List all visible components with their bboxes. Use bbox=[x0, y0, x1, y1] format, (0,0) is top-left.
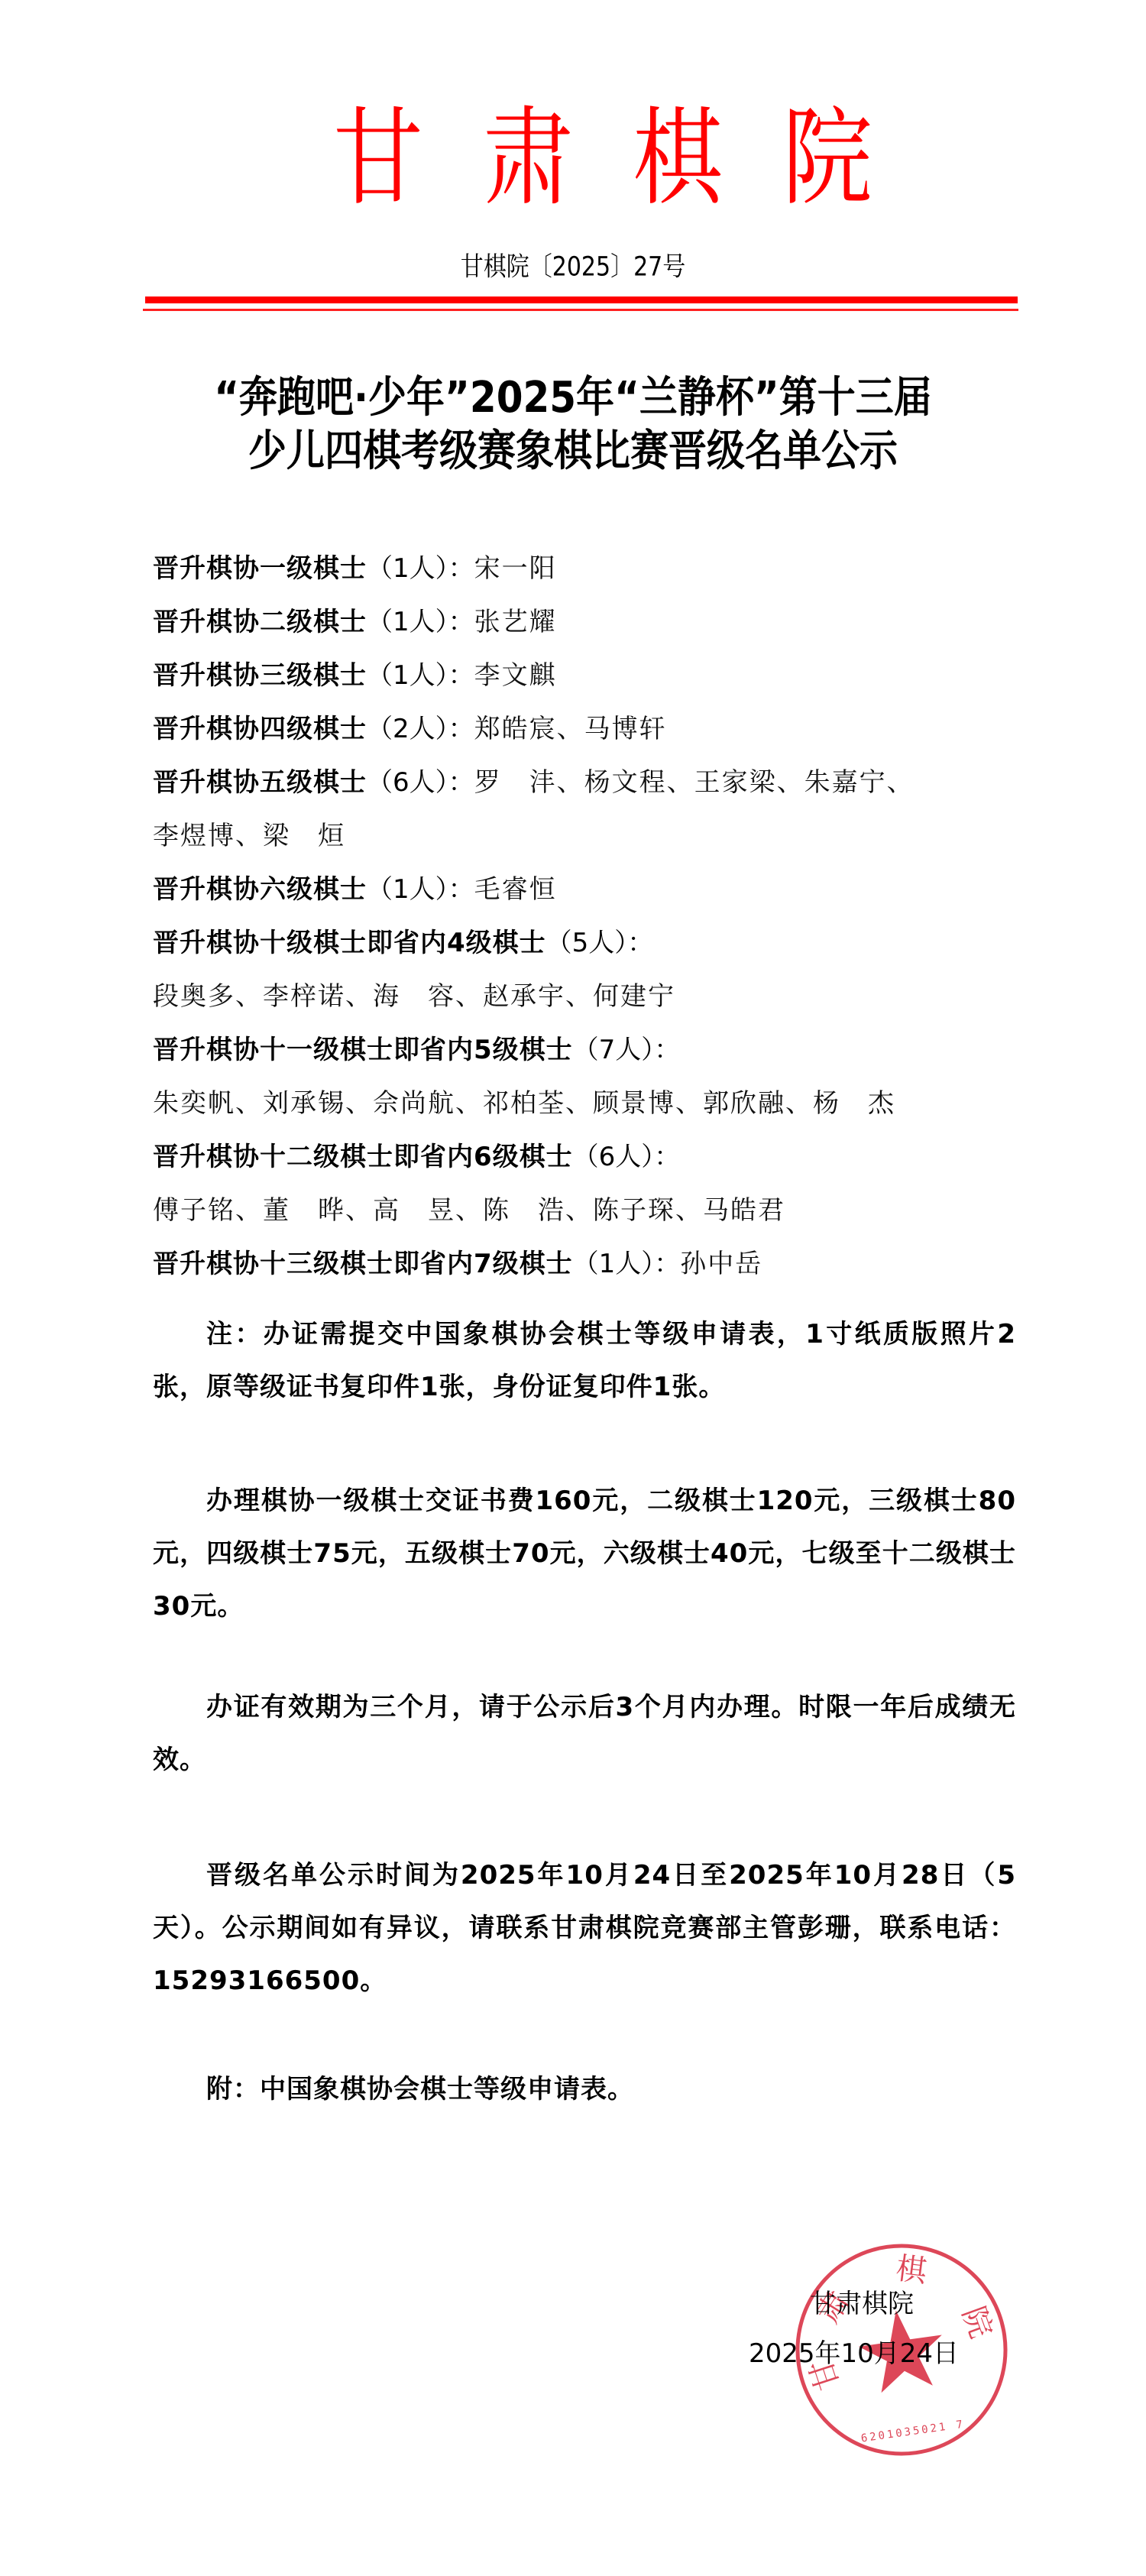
promotion-count: （1人）： bbox=[573, 1249, 681, 1279]
promotion-names: 李煜博、梁 烜 bbox=[153, 821, 345, 851]
signature-date: 2025年10月24日 bbox=[749, 2337, 959, 2370]
promotion-label: 晋升棋协五级棋士 bbox=[153, 767, 367, 798]
promotion-count: （5人）： bbox=[546, 928, 654, 958]
promotion-item: 晋升棋协一级棋士（1人）：宋一阳 bbox=[153, 552, 1024, 585]
note-fees: 办理棋协一级棋士交证书费160元，二级棋士120元，三级棋士80元，四级棋士75… bbox=[153, 1475, 1016, 1633]
promotion-names: 宋一阳 bbox=[474, 553, 557, 584]
promotion-label: 晋升棋协四级棋士 bbox=[153, 714, 367, 744]
title-line-1: “奔跑吧·少年”2025年“兰静杯”第十三届 bbox=[0, 371, 1146, 423]
promotion-count: （1人）： bbox=[367, 553, 474, 584]
promotion-names: 段奥多、李梓诺、海 容、赵承宇、何建宁 bbox=[153, 981, 675, 1012]
promotion-names: 李文麒 bbox=[474, 660, 557, 691]
promotion-item: 晋升棋协六级棋士（1人）：毛睿恒 bbox=[153, 873, 1024, 906]
promotion-names-continued: 傅子铭、董 晔、高 昱、陈 浩、陈子琛、马皓君 bbox=[153, 1194, 1024, 1227]
red-rule-thick bbox=[145, 296, 1018, 303]
promotion-names-continued: 朱奕帆、刘承锡、佘尚航、祁柏荃、顾景博、郭欣融、杨 杰 bbox=[153, 1087, 1024, 1120]
promotion-item: 晋升棋协二级棋士（1人）：张艺耀 bbox=[153, 605, 1024, 639]
promotion-label: 晋升棋协一级棋士 bbox=[153, 553, 367, 584]
title-line-2: 少儿四棋考级赛象棋比赛晋级名单公示 bbox=[0, 425, 1146, 476]
promotion-names: 朱奕帆、刘承锡、佘尚航、祁柏荃、顾景博、郭欣融、杨 杰 bbox=[153, 1088, 895, 1119]
masthead: 甘肃棋院 bbox=[0, 90, 1146, 225]
promotion-item: 晋升棋协三级棋士（1人）：李文麒 bbox=[153, 659, 1024, 692]
promotion-label: 晋升棋协六级棋士 bbox=[153, 874, 367, 905]
promotion-names: 郑皓宸、马博轩 bbox=[474, 714, 667, 744]
promotion-count: （2人）： bbox=[367, 714, 474, 744]
promotion-names: 孙中岳 bbox=[680, 1249, 762, 1279]
promotion-count: （6人）： bbox=[367, 767, 474, 798]
promotion-count: （6人）： bbox=[573, 1142, 681, 1172]
promotion-count: （1人）： bbox=[367, 607, 474, 637]
signature-organization: 甘肃棋院 bbox=[810, 2287, 914, 2321]
promotion-item: 晋升棋协十三级棋士即省内7级棋士（1人）：孙中岳 bbox=[153, 1247, 1024, 1281]
svg-text:棋: 棋 bbox=[894, 2251, 929, 2290]
promotion-label: 晋升棋协三级棋士 bbox=[153, 660, 367, 691]
promotion-item: 晋升棋协十一级棋士即省内5级棋士（7人）： bbox=[153, 1033, 1024, 1067]
promotion-item: 晋升棋协十二级棋士即省内6级棋士（6人）： bbox=[153, 1140, 1024, 1174]
svg-text:院: 院 bbox=[955, 2302, 999, 2342]
promotion-names: 傅子铭、董 晔、高 昱、陈 浩、陈子琛、马皓君 bbox=[153, 1195, 785, 1226]
note-publicity-period: 晋级名单公示时间为2025年10月24日至2025年10月28日（5天）。公示期… bbox=[153, 1849, 1016, 2007]
promotion-names: 罗 沣、杨文程、王家梁、朱嘉宁、 bbox=[474, 767, 915, 798]
promotion-label: 晋升棋协十三级棋士即省内7级棋士 bbox=[153, 1249, 573, 1279]
red-rule-thin bbox=[143, 309, 1018, 311]
note-validity: 办证有效期为三个月，请于公示后3个月内办理。时限一年后成绩无效。 bbox=[153, 1681, 1016, 1787]
note-attachment: 附：中国象棋协会棋士等级申请表。 bbox=[153, 2063, 1016, 2116]
promotion-count: （1人）： bbox=[367, 874, 474, 905]
promotion-item: 晋升棋协四级棋士（2人）：郑皓宸、马博轩 bbox=[153, 712, 1024, 746]
promotion-label: 晋升棋协十级棋士即省内4级棋士 bbox=[153, 928, 546, 958]
promotion-item: 晋升棋协五级棋士（6人）：罗 沣、杨文程、王家梁、朱嘉宁、 bbox=[153, 766, 1024, 799]
promotion-label: 晋升棋协二级棋士 bbox=[153, 607, 367, 637]
promotion-names-continued: 李煜博、梁 烜 bbox=[153, 819, 1024, 853]
promotion-item: 晋升棋协十级棋士即省内4级棋士（5人）： bbox=[153, 926, 1024, 960]
document-number: 甘棋院〔2025〕27号 bbox=[0, 250, 1146, 285]
promotion-count: （1人）： bbox=[367, 660, 474, 691]
promotion-names: 张艺耀 bbox=[474, 607, 557, 637]
promotion-names-continued: 段奥多、李梓诺、海 容、赵承宇、何建宁 bbox=[153, 980, 1024, 1013]
note-requirements: 注：办证需提交中国象棋协会棋士等级申请表，1寸纸质版照片2张，原等级证书复印件1… bbox=[153, 1308, 1016, 1414]
promotion-label: 晋升棋协十一级棋士即省内5级棋士 bbox=[153, 1035, 573, 1065]
promotion-label: 晋升棋协十二级棋士即省内6级棋士 bbox=[153, 1142, 573, 1172]
promotion-count: （7人）： bbox=[573, 1035, 681, 1065]
promotion-names: 毛睿恒 bbox=[474, 874, 557, 905]
